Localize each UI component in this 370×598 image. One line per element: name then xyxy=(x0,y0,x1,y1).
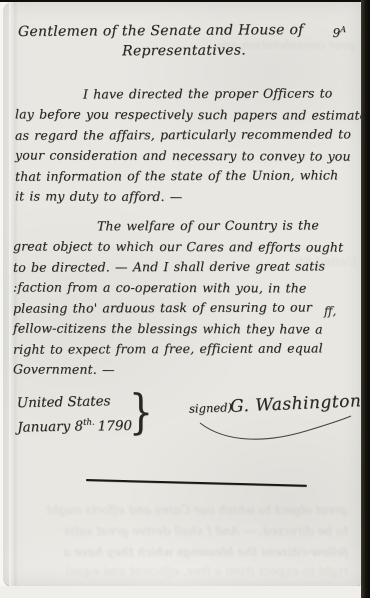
salutation-line: Gentlemen of the Senate and House of xyxy=(18,22,304,40)
manuscript-line: your consideration and necessary to conv… xyxy=(15,145,370,167)
bleed-through-text: great object to which our Cares and effo… xyxy=(26,503,348,517)
scan-edge-right xyxy=(361,0,370,598)
manuscript-line: to be directed. — And I shall derive gre… xyxy=(13,256,343,278)
signature-flourish xyxy=(196,413,354,447)
line-end-flourish: ff, xyxy=(324,304,336,318)
manuscript-line: right to expect from a free, efficient a… xyxy=(13,338,343,360)
manuscript-scan: your consideration and necessary to conv… xyxy=(0,0,370,598)
bleed-through-text: right to expect from a free, efficient a… xyxy=(26,564,348,578)
bleed-through-text: fellow-citizens the blessings which they… xyxy=(26,545,348,559)
dateline: United States January 8th.1790 xyxy=(17,391,133,439)
manuscript-line: :faction from a co-operation with you, i… xyxy=(13,277,343,299)
salutation-line: Representatives. xyxy=(122,42,304,59)
bleed-through-text: to be directed. — And I shall derive gre… xyxy=(26,524,348,538)
manuscript-line: pleasing tho' arduous task of ensuring t… xyxy=(13,297,343,319)
dateline-date-sup: th. xyxy=(83,418,95,428)
page-number: 9A xyxy=(333,25,346,40)
manuscript-line: as regard the affairs, particularly reco… xyxy=(15,124,370,146)
manuscript-line: The welfare of our Country is the xyxy=(13,215,343,237)
manuscript-line: fellow-citizens the blessings which they… xyxy=(13,318,343,340)
manuscript-line: that information of the state of the Uni… xyxy=(15,165,370,187)
scan-edge-bottom xyxy=(0,586,361,598)
manuscript-line: great object to which our Cares and effo… xyxy=(13,236,343,258)
dateline-brace: } xyxy=(129,385,153,440)
body-paragraph-2: The welfare of our Country is the great … xyxy=(13,216,343,380)
manuscript-line: Government. — xyxy=(13,359,343,381)
manuscript-line: it is my duty to afford. — xyxy=(15,186,370,208)
dateline-year: 1790 xyxy=(98,417,133,434)
dateline-place: United States xyxy=(17,391,132,414)
page-number-sup: A xyxy=(340,25,346,34)
salutation: Gentlemen of the Senate and House of Rep… xyxy=(18,22,304,60)
dateline-date-main: January 8 xyxy=(17,418,83,435)
body-paragraph-1: I have directed the proper Officers to l… xyxy=(15,84,370,207)
manuscript-line: I have directed the proper Officers to xyxy=(15,83,370,105)
dateline-date: January 8th.1790 xyxy=(17,412,132,439)
manuscript-line: lay before you respectively such papers … xyxy=(15,104,370,126)
scan-edge-top xyxy=(0,0,370,2)
